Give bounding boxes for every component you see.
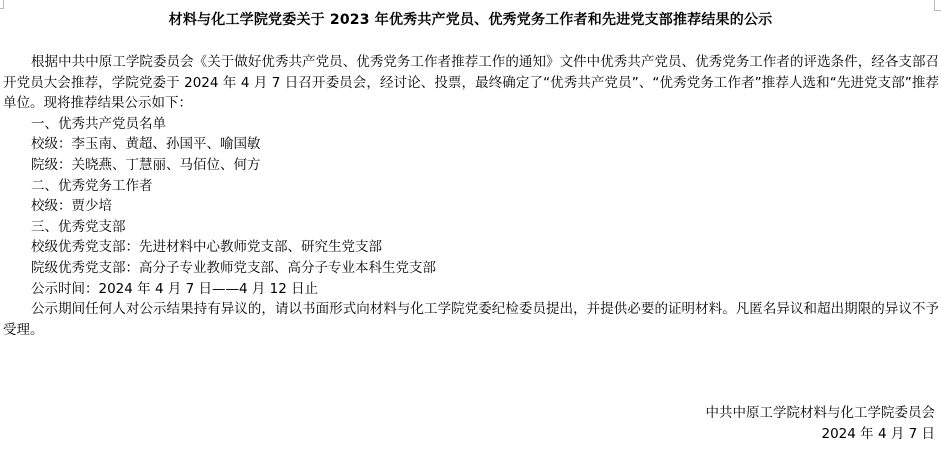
section-heading-party-workers: 二、优秀党务工作者	[3, 176, 939, 197]
college-level-branches: 院级优秀党支部：高分子专业教师党支部、高分子专业本科生党支部	[3, 258, 939, 279]
section-heading-party-branches: 三、优秀党支部	[3, 217, 939, 238]
section-heading-excellent-members: 一、优秀共产党员名单	[3, 114, 939, 135]
school-level-branches: 校级优秀党支部：先进材料中心教师党支部、研究生党支部	[3, 237, 939, 258]
school-level-workers: 校级：贾少培	[3, 196, 939, 217]
objection-paragraph: 公示期间任何人对公示结果持有异议的，请以书面形式向材料与化工学院党委纪检委员提出…	[3, 299, 939, 340]
document-body: 根据中共中原工学院委员会《关于做好优秀共产党员、优秀党务工作者推荐工作的通知》文…	[3, 52, 939, 340]
school-level-members: 校级：李玉南、黄超、孙国平、喻国敏	[3, 134, 939, 155]
signature-block: 中共中原工学院材料与化工学院委员会 2024 年 4 月 7 日	[706, 403, 936, 444]
signing-date: 2024 年 4 月 7 日	[706, 424, 936, 445]
publicity-period: 公示时间：2024 年 4 月 7 日——4 月 12 日止	[3, 279, 939, 300]
document-title: 材料与化工学院党委关于 2023 年优秀共产党员、优秀党务工作者和先进党支部推荐…	[0, 10, 941, 30]
page-corner-mark-left	[0, 0, 4, 9]
signing-organization: 中共中原工学院材料与化工学院委员会	[706, 403, 936, 424]
intro-paragraph: 根据中共中原工学院委员会《关于做好优秀共产党员、优秀党务工作者推荐工作的通知》文…	[3, 52, 939, 114]
college-level-members: 院级：关晓燕、丁慧丽、马佰位、何方	[3, 155, 939, 176]
